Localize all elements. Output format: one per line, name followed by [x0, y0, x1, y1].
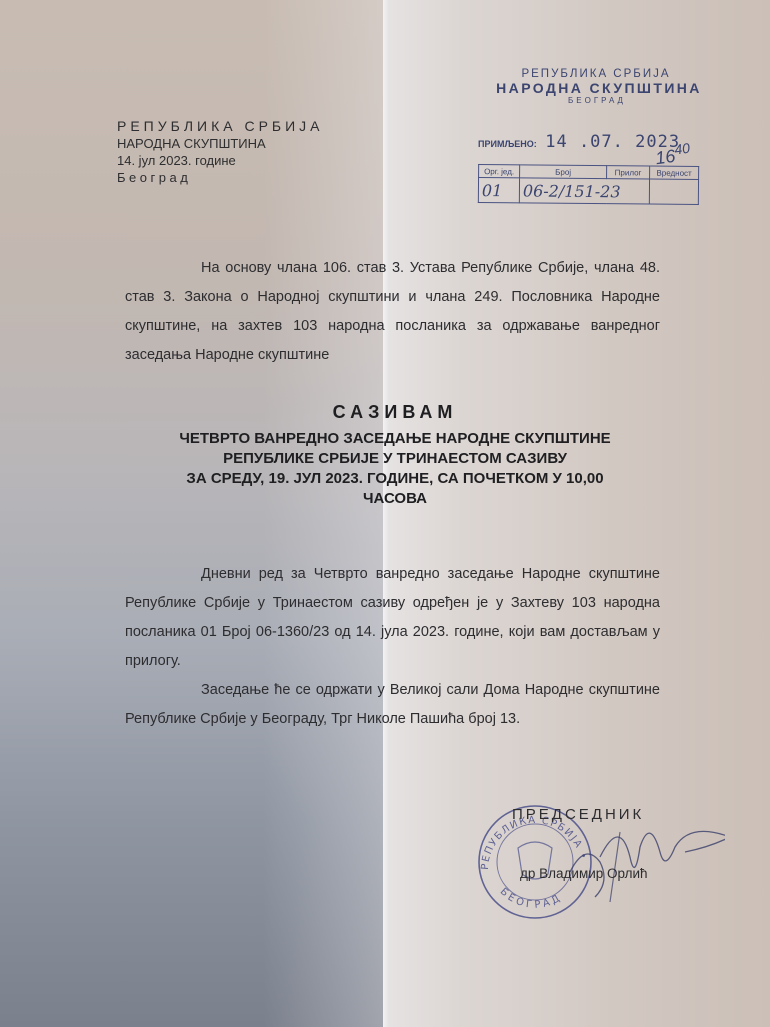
letterhead-city: Београд [117, 169, 324, 186]
registry-number-value: 06-2/151-23 [519, 178, 649, 204]
registry-value-value [649, 179, 698, 204]
agenda-text: Дневни ред за Четврто ванредно заседање … [125, 566, 660, 669]
letterhead-date: 14. јул 2023. године [117, 152, 324, 169]
venue-text: Заседање ће се одржати у Великој сали До… [125, 682, 660, 727]
session-line-1: ЧЕТВРТО ВАНРЕДНО ЗАСЕДАЊЕ НАРОДНЕ СКУПШТ… [125, 429, 665, 449]
agenda-paragraph: Дневни ред за Четврто ванредно заседање … [125, 560, 660, 676]
registry-org-value: 01 [478, 178, 519, 203]
document-photo: РЕПУБЛИКА СРБИЈА НАРОДНА СКУПШТИНА 14. ј… [0, 0, 770, 1027]
convocation-title: САЗИВАМ [125, 402, 665, 423]
stamp-institution: НАРОДНА СКУПШТИНА [470, 80, 710, 96]
registry-value-row: 01 06-2/151-23 [478, 178, 698, 205]
received-stamp: ПРИМЉЕНО: 14 .07. 2023 [478, 132, 680, 152]
registry-table: Орг. јед. Број Прилог Вредност 01 06-2/1… [478, 164, 699, 205]
stamp-country: РЕПУБЛИКА СРБИЈА [470, 68, 710, 80]
intro-text: На основу члана 106. став 3. Устава Репу… [125, 260, 660, 363]
registry-col-org: Орг. јед. [479, 165, 520, 178]
signatory-name: др Владимир Орлић [520, 866, 648, 881]
received-label: ПРИМЉЕНО: [478, 139, 537, 149]
svg-text:БЕОГРАД: БЕОГРАД [498, 886, 565, 911]
letterhead: РЕПУБЛИКА СРБИЈА НАРОДНА СКУПШТИНА 14. ј… [117, 118, 324, 186]
letterhead-institution: НАРОДНА СКУПШТИНА [117, 135, 324, 152]
intro-paragraph: На основу члана 106. став 3. Устава Репу… [125, 254, 660, 370]
handwritten-signature-icon [560, 812, 725, 912]
letterhead-country: РЕПУБЛИКА СРБИЈА [117, 118, 324, 135]
receipt-stamp-header: РЕПУБЛИКА СРБИЈА НАРОДНА СКУПШТИНА БЕОГР… [470, 68, 710, 105]
registry-col-number: Број [520, 165, 607, 179]
registry-col-value: Вредност [650, 166, 699, 179]
session-line-3: ЗА СРЕДУ, 19. ЈУЛ 2023. ГОДИНЕ, СА ПОЧЕТ… [125, 469, 665, 489]
registry-col-attachment: Прилог [607, 166, 650, 179]
session-line-2: РЕПУБЛИКЕ СРБИЈЕ У ТРИНАЕСТОМ САЗИВУ [125, 449, 665, 469]
stamp-city: БЕОГРАД [470, 96, 710, 105]
venue-paragraph: Заседање ће се одржати у Великој сали До… [125, 676, 660, 734]
session-line-4: ЧАСОВА [125, 489, 665, 509]
time-minutes: 40 [673, 140, 691, 158]
convocation-title-block: САЗИВАМ ЧЕТВРТО ВАНРЕДНО ЗАСЕДАЊЕ НАРОДН… [125, 402, 665, 509]
